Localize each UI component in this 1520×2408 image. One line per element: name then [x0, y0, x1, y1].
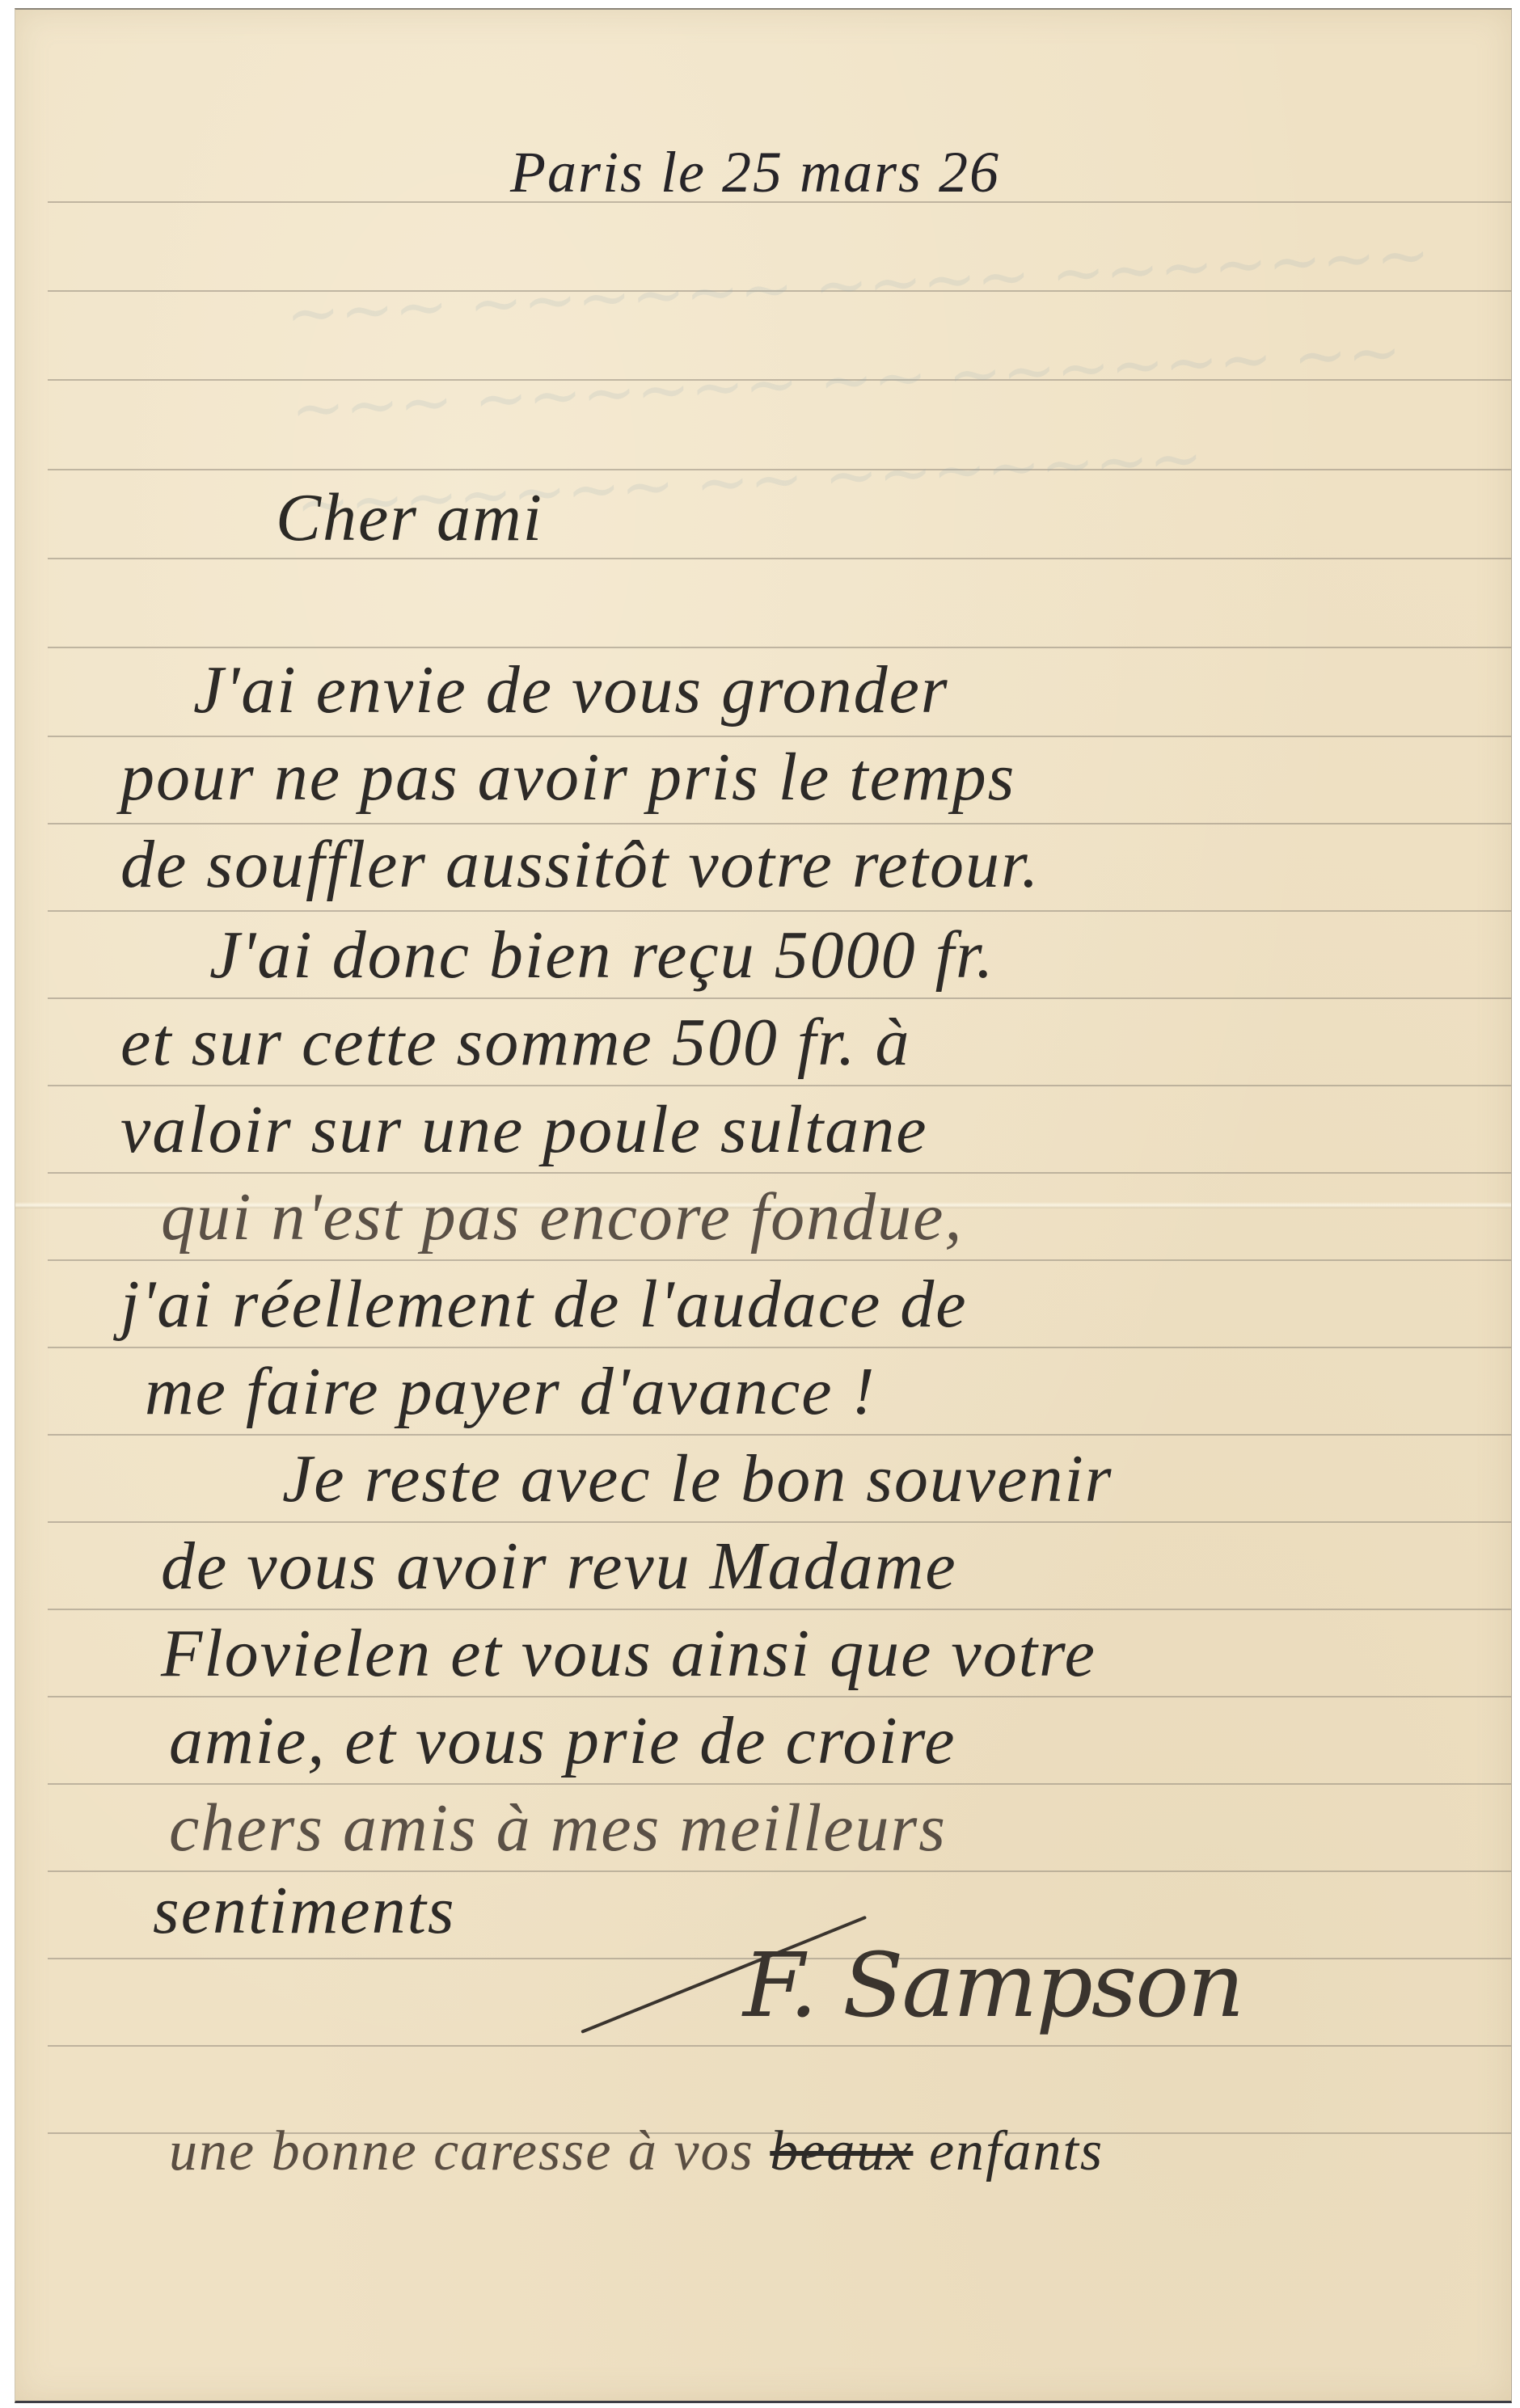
- ruled-line: [48, 379, 1511, 381]
- date-line: Paris le 25 mars 26: [510, 139, 1000, 206]
- body-line: amie, et vous prie de croire: [169, 1707, 956, 1775]
- body-line: Flovielen et vous ainsi que votre: [161, 1620, 1096, 1688]
- ruled-line: [48, 1870, 1511, 1872]
- body-line: qui n'est pas encore fondue,: [161, 1183, 963, 1251]
- postscript-text-end: enfants: [929, 2120, 1104, 2182]
- letter-sheet: ~~~ ~~~~~~ ~~~~ ~~~~~~~ ~~~ ~~~~~~ ~~ ~~…: [15, 8, 1512, 2403]
- ruled-line: [48, 823, 1511, 824]
- ruled-line: [48, 910, 1511, 912]
- body-line: j'ai réellement de l'audace de: [120, 1271, 968, 1339]
- ruled-line: [48, 1521, 1511, 1523]
- ruled-line: [48, 1347, 1511, 1348]
- body-line: chers amis à mes meilleurs: [169, 1794, 947, 1862]
- body-line: et sur cette somme 500 fr. à: [120, 1009, 911, 1077]
- ruled-line: [48, 1609, 1511, 1610]
- body-line: valoir sur une poule sultane: [120, 1096, 928, 1164]
- body-line: J'ai envie de vous gronder: [193, 656, 949, 724]
- postscript-struck-word: beaux: [770, 2120, 913, 2182]
- ruled-line: [48, 558, 1511, 559]
- body-line: Je reste avec le bon souvenir: [282, 1445, 1113, 1513]
- ruled-line: [48, 290, 1511, 292]
- postscript: une bonne caresse à vos beaux enfants: [169, 2119, 1104, 2184]
- ruled-line: [48, 647, 1511, 648]
- ruled-line: [48, 1172, 1511, 1174]
- ruled-line: [48, 736, 1511, 737]
- ruled-line: [48, 1696, 1511, 1697]
- ruled-line: [48, 1434, 1511, 1436]
- body-line: pour ne pas avoir pris le temps: [120, 744, 1015, 812]
- body-line: de souffler aussitôt votre retour.: [120, 831, 1040, 899]
- ruled-line: [48, 1085, 1511, 1086]
- ruled-line: [48, 1783, 1511, 1785]
- salutation: Cher ami: [276, 479, 543, 557]
- ruled-line: [48, 2045, 1511, 2047]
- ruled-line: [48, 1259, 1511, 1261]
- ruled-line: [48, 997, 1511, 999]
- body-line: sentiments: [153, 1877, 456, 1945]
- signature: F. Sampson: [743, 1934, 1243, 2037]
- body-line: J'ai donc bien reçu 5000 fr.: [209, 921, 994, 989]
- body-line: de vous avoir revu Madame: [161, 1533, 957, 1600]
- ruled-line: [48, 469, 1511, 470]
- body-line: me faire payer d'avance !: [145, 1358, 876, 1426]
- postscript-text: une bonne caresse à vos: [169, 2120, 754, 2182]
